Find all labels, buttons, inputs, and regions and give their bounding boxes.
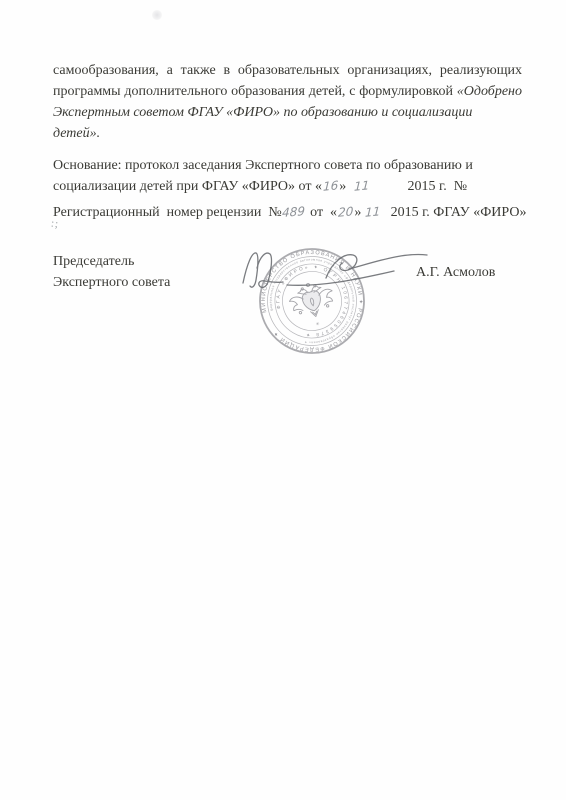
signer-title: Председатель Экспертного совета	[53, 251, 170, 293]
signer-title-line1: Председатель	[53, 251, 170, 272]
paragraph-line: программы дополнительного образования де…	[53, 81, 522, 102]
paragraph-line: самообразования, а также в образовательн…	[53, 60, 522, 81]
signer-name: А.Г. Асмолов	[416, 262, 495, 283]
scanned-document-page: самообразования, а также в образовательн…	[0, 0, 566, 800]
handwritten-month: 11	[354, 175, 370, 198]
paragraph-text: программы дополнительного образования де…	[53, 84, 457, 99]
close-quote: »	[354, 205, 361, 220]
registration-year-org: 2015 г. ФГАУ «ФИРО»	[391, 205, 527, 220]
approval-formula-start: «Одобрено	[457, 84, 522, 99]
official-round-stamp: МИНИСТЕРСТВО ОБРАЗОВАНИЯ И НАУКИ ✦ РОССИ…	[249, 238, 375, 365]
stamp-inner-ring-text: ФГАУ «ФИРО» ✦ ОГРН 1067746059378 ✦	[268, 257, 357, 346]
close-quote: »	[339, 179, 346, 194]
stamp-middle-ring-text: федеральное государственное автономное у…	[259, 248, 365, 354]
stamp-outer-ring-text: МИНИСТЕРСТВО ОБРАЗОВАНИЯ И НАУКИ ✦ РОССИ…	[250, 239, 374, 365]
scan-artifact-mark: :;	[50, 217, 60, 230]
registration-label: Регистрационный номер рецензии №	[53, 205, 282, 220]
signer-title-line2: Экспертного совета	[53, 272, 170, 293]
handwritten-day: 16	[322, 175, 338, 198]
approval-paragraph: самообразования, а также в образовательн…	[53, 60, 522, 144]
stamp-and-signature: МИНИСТЕРСТВО ОБРАЗОВАНИЯ И НАУКИ ✦ РОССИ…	[230, 228, 440, 376]
registration-line: Регистрационный номер рецензии №489 от «…	[53, 202, 558, 223]
basis-line1: Основание: протокол заседания Экспертног…	[53, 155, 543, 176]
handwritten-registration-number: 489	[281, 201, 305, 224]
registration-from: от «	[307, 205, 337, 220]
double-headed-eagle-icon	[286, 278, 337, 322]
approval-formula-end: Экспертным советом ФГАУ «ФИРО» по образо…	[53, 102, 522, 144]
basis-line2-text: социализации детей при ФГАУ «ФИРО» от «	[53, 179, 322, 194]
scan-smudge	[152, 10, 162, 20]
handwritten-month: 11	[365, 201, 381, 224]
handwritten-signature	[243, 253, 427, 287]
basis-paragraph: Основание: протокол заседания Экспертног…	[53, 155, 543, 197]
handwritten-day: 20	[338, 201, 354, 224]
basis-year-number: 2015 г. №	[408, 179, 468, 194]
stamp-bottom-mark: ✳	[315, 321, 320, 327]
basis-line2: социализации детей при ФГАУ «ФИРО» от «1…	[53, 176, 543, 197]
